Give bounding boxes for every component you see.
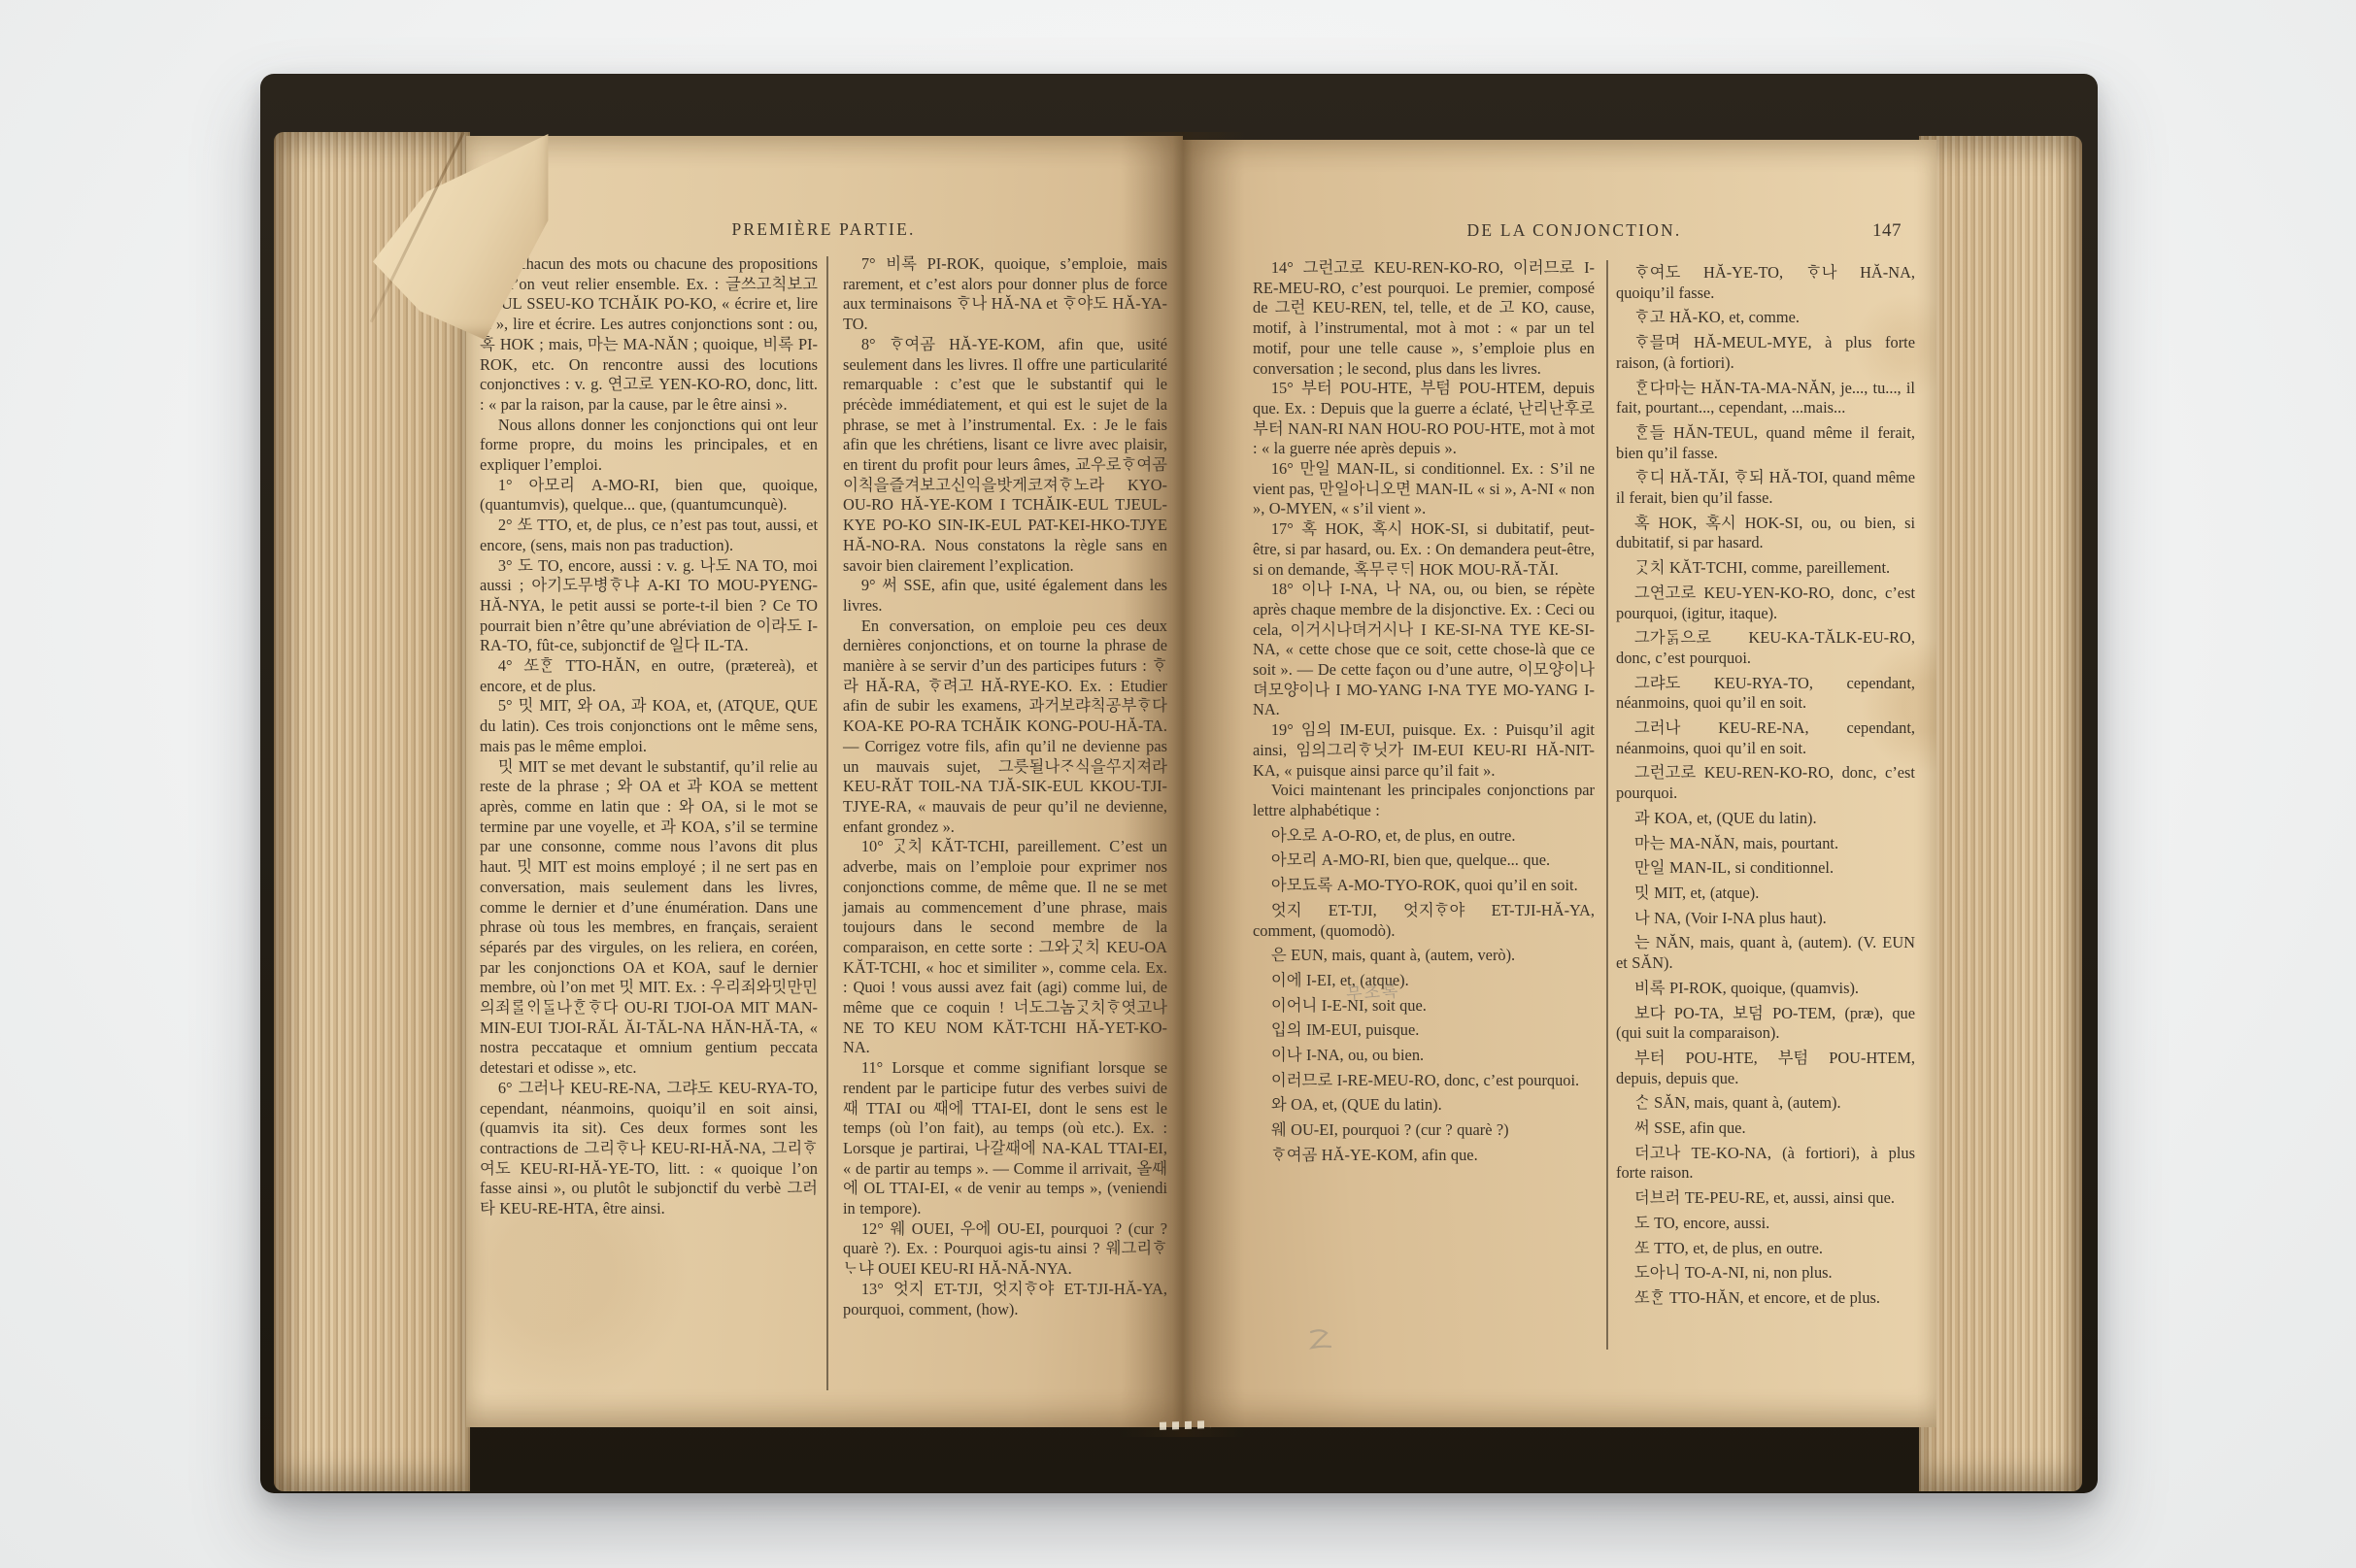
paragraph: 8° ᄒᆞ여곰 HĂ-YE-KOM, afin que, usité seule…: [843, 335, 1167, 576]
paragraph: ᄯᅩ TTO, et, de plus, en outre.: [1616, 1239, 1915, 1259]
paragraph: 입의 IM-EUI, puisque.: [1253, 1020, 1595, 1041]
paragraph: 15° 부터 POU-HTE, 부텀 POU-HTEM, depuis que.…: [1253, 379, 1595, 459]
paragraph: 그연고로 KEU-YEN-KO-RO, donc, c’est pourquoi…: [1616, 584, 1915, 623]
paragraph: 그런고로 KEU-REN-KO-RO, donc, c’est pourquoi…: [1616, 763, 1915, 803]
paragraph: ᄀᆞᆺ치 KĂT-TCHI, comme, pareillement.: [1616, 558, 1915, 579]
paragraph: ᄒᆞᆫ들 HĂN-TEUL, quand même il ferait, bie…: [1616, 423, 1915, 463]
text-column-4: ᄒᆞ여도 HĂ-YE-TO, ᄒᆞ나 HĂ-NA, quoiqu’il fass…: [1616, 258, 1915, 1314]
paragraph: 이어니 I-E-NI, soit que.: [1253, 996, 1595, 1017]
text-column-3: 무조록 14° 그런고로 KEU-REN-KO-RO, 이러므로 I-RE-ME…: [1253, 258, 1595, 1171]
paragraph: 12° 웨 OUEI, 우에 OU-EI, pourquoi ? (cur ? …: [843, 1219, 1167, 1280]
paragraph: 4° ᄯᅩᄒᆞᆫ TTO-HĂN, en outre, (prætereà), …: [480, 656, 818, 696]
paragraph: 9° 써 SSE, afin que, usité également dans…: [843, 576, 1167, 616]
paragraph: 도아니 TO-A-NI, ni, non plus.: [1616, 1263, 1915, 1284]
paragraph: 그랴도 KEU-RYA-TO, cependant, néanmoins, qu…: [1616, 674, 1915, 714]
paragraph: 19° 임의 IM-EUI, puisque. Ex. : Puisqu’il …: [1253, 720, 1595, 781]
paragraph: ᄯᅩᄒᆞᆫ TTO-HĂN, et encore, et de plus.: [1616, 1288, 1915, 1309]
paragraph: 14° 그런고로 KEU-REN-KO-RO, 이러므로 I-RE-MEU-RO…: [1253, 258, 1595, 379]
paragraph: 7° 비록 PI-ROK, quoique, s’emploie, mais r…: [843, 254, 1167, 335]
page-edge-stack-right: [1919, 136, 2082, 1491]
paragraph: 13° 엇지 ET-TJI, 엇지ᄒᆞ야 ET-TJI-HĂ-YA, pourq…: [843, 1280, 1167, 1319]
paragraph: 부터 POU-HTE, 부텀 POU-HTEM, depuis, depuis …: [1616, 1049, 1915, 1088]
paragraph: 만일 MAN-IL, si conditionnel.: [1616, 858, 1915, 879]
paragraph: ᄉᆞᆫ SĂN, mais, quant à, (autem).: [1616, 1093, 1915, 1114]
paragraph: 그러나 KEU-RE-NA, cependant, néanmoins, quo…: [1616, 718, 1915, 758]
paragraph: 와 OA, et, (QUE du latin).: [1253, 1095, 1595, 1116]
column-rule: [1606, 260, 1608, 1350]
paragraph: 마는 MA-NĂN, mais, pourtant.: [1616, 834, 1915, 854]
paragraph: 써 SSE, afin que.: [1616, 1118, 1915, 1139]
paragraph: 밋 MIT se met devant le substantif, qu’il…: [480, 757, 818, 1079]
photo-backdrop: 146 PREMIÈRE PARTIE. après chacun des mo…: [0, 0, 2356, 1568]
paragraph: ᄒᆞ고 HĂ-KO, et, comme.: [1616, 308, 1915, 328]
paragraph: 엇지 ET-TJI, 엇지ᄒᆞ야 ET-TJI-HĂ-YA, comment, …: [1253, 901, 1595, 941]
paragraph: ᄒᆞᆫ다마는 HĂN-TA-MA-NĂN, je..., tu..., il f…: [1616, 379, 1915, 418]
paragraph: 3° 도 TO, encore, aussi : v. g. 나도 NA TO,…: [480, 556, 818, 657]
paragraph: 17° 혹 HOK, 혹시 HOK-SI, si dubitatif, peut…: [1253, 519, 1595, 580]
paragraph: 10° ᄀᆞᆺ치 KĂT-TCHI, pareillement. C’est u…: [843, 837, 1167, 1058]
paragraph: 도 TO, encore, aussi.: [1616, 1214, 1915, 1234]
paragraph: 11° Lorsque et comme signifiant lorsque …: [843, 1058, 1167, 1219]
page-edge-stack-left: [274, 132, 470, 1491]
paragraph: 이러므로 I-RE-MEU-RO, donc, c’est pourquoi.: [1253, 1071, 1595, 1091]
page-147: DE LA CONJONCTION. 147 무조록 14° 그런고로 KEU-…: [1183, 140, 1936, 1427]
column-rule: [826, 256, 828, 1390]
pencil-scribble-mark: [1299, 1303, 1342, 1353]
running-head-left: PREMIÈRE PARTIE.: [480, 219, 1167, 240]
paragraph: 아모리 A-MO-RI, bien que, quelque... que.: [1253, 851, 1595, 871]
paragraph: 5° 밋 MIT, 와 OA, 과 KOA, et, (ATQUE, QUE d…: [480, 696, 818, 756]
running-head-right: DE LA CONJONCTION.: [1255, 220, 1894, 241]
pencil-annotation: 무조록: [1345, 977, 1400, 1005]
paragraph: 18° 이나 I-NA, 나 NA, ou, ou bien, se répèt…: [1253, 580, 1595, 720]
paragraph: ᄒᆞ디 HĂ-TĂI, ᄒᆞ되 HĂ-TOI, quand même il fe…: [1616, 468, 1915, 508]
binding-stitch: [1160, 1420, 1210, 1430]
paragraph: Voici maintenant les principales conjonc…: [1253, 781, 1595, 820]
paragraph: ᄒᆞ믈며 HĂ-MEUL-MYE, à plus forte raison, (…: [1616, 333, 1915, 373]
paragraph: 더고나 TE-KO-NA, (à fortiori), à plus forte…: [1616, 1144, 1915, 1184]
paragraph: 1° 아모리 A-MO-RI, bien que, quoique, (quan…: [480, 476, 818, 516]
paragraph: 과 KOA, et, (QUE du latin).: [1616, 809, 1915, 829]
paragraph: En conversation, on emploie peu ces deux…: [843, 617, 1167, 838]
paragraph: 아오로 A-O-RO, et, de plus, en outre.: [1253, 826, 1595, 847]
text-column-2: 7° 비록 PI-ROK, quoique, s’emploie, mais r…: [843, 254, 1167, 1319]
paragraph: 비록 PI-ROK, quoique, (quamvis).: [1616, 979, 1915, 999]
paragraph: 2° ᄯᅩ TTO, et, de plus, ce n’est pas tou…: [480, 516, 818, 555]
page-146: 146 PREMIÈRE PARTIE. après chacun des mo…: [466, 136, 1183, 1427]
text-column-1: après chacun des mots ou chacune des pro…: [480, 254, 818, 1219]
paragraph: 밋 MIT, et, (atque).: [1616, 884, 1915, 904]
paragraph: 이나 I-NA, ou, ou bien.: [1253, 1046, 1595, 1066]
paragraph: Nous allons donner les conjonctions qui …: [480, 416, 818, 476]
paragraph: 더브러 TE-PEU-RE, et, aussi, ainsi que.: [1616, 1188, 1915, 1209]
book: 146 PREMIÈRE PARTIE. après chacun des mo…: [260, 74, 2098, 1493]
paragraph: 보다 PO-TA, 보덤 PO-TEM, (præ), que (qui sui…: [1616, 1004, 1915, 1044]
paragraph: 6° 그러나 KEU-RE-NA, 그랴도 KEU-RYA-TO, cepend…: [480, 1079, 818, 1219]
paragraph: ᄒᆞ여도 HĂ-YE-TO, ᄒᆞ나 HĂ-NA, quoiqu’il fass…: [1616, 263, 1915, 303]
paragraph: 는 NĂN, mais, quant à, (autem). (V. EUN e…: [1616, 933, 1915, 973]
paragraph: 이에 I-EI, et, (atque).: [1253, 971, 1595, 991]
paragraph: ᄒᆞ여곰 HĂ-YE-KOM, afin que.: [1253, 1146, 1595, 1166]
paragraph: 웨 OU-EI, pourquoi ? (cur ? quarè ?): [1253, 1120, 1595, 1141]
paragraph: après chacun des mots ou chacune des pro…: [480, 254, 818, 416]
paragraph: 은 EUN, mais, quant à, (autem, verò).: [1253, 946, 1595, 966]
paragraph: 아모됴록 A-MO-TYO-ROK, quoi qu’il en soit.: [1253, 876, 1595, 896]
page-number-right: 147: [1872, 220, 1902, 242]
paragraph: 그가ᄃᆞᆰ으로 KEU-KA-TĂLK-EU-RO, donc, c’est p…: [1616, 628, 1915, 668]
paragraph: 혹 HOK, 혹시 HOK-SI, ou, ou bien, si dubita…: [1616, 514, 1915, 553]
paragraph: 나 NA, (Voir I-NA plus haut).: [1616, 909, 1915, 929]
paragraph: 16° 만일 MAN-IL, si conditionnel. Ex. : S’…: [1253, 459, 1595, 519]
